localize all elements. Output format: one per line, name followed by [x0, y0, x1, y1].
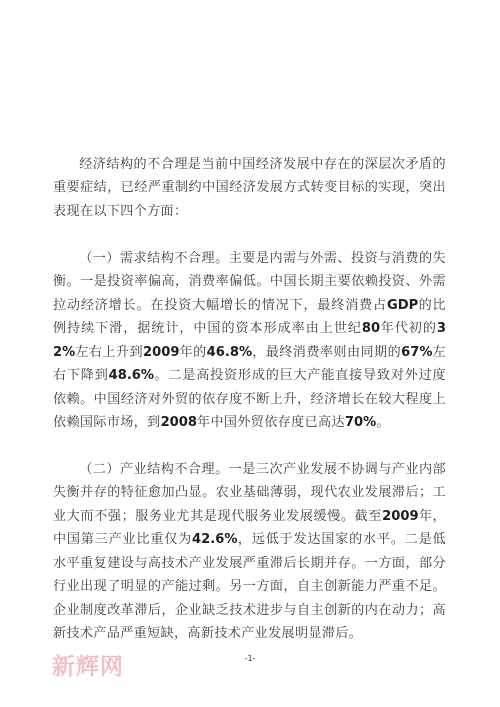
text-run: 。 [376, 415, 389, 430]
paragraph-spacer [53, 223, 446, 246]
paragraph-demand-structure: （一）需求结构不合理。主要是内需与外需、投资与消费的失衡。一是投资率偏高，消费率… [53, 247, 446, 435]
bold-figure: 42.6% [192, 532, 237, 547]
text-run: 年代初的 [380, 321, 437, 336]
text-run: 经济结构的不合理是当前中国经济发展中存在的深层次矛盾的重要症结，已经严重制约中国… [53, 157, 446, 219]
bold-figure: 2009 [143, 345, 179, 360]
page-number: -1- [238, 654, 262, 663]
text-run: ，最终消费率则由同期的 [252, 345, 401, 360]
bold-figure: 48.6% [109, 368, 154, 383]
text-run: ，远低于发达国家的水平。二是低水平重复建设与高技术产业发展严重滞后长期并存。一方… [53, 532, 446, 641]
text-run: 左右上升到 [75, 345, 143, 360]
document-page: 经济结构的不合理是当前中国经济发展中存在的深层次矛盾的重要症结，已经严重制约中国… [0, 0, 500, 707]
paragraph-industry-structure: （二）产业结构不合理。一是三次产业发展不协调与产业内部失衡并存的特征愈加凸显。农… [53, 458, 446, 646]
bold-figure: 2009 [382, 509, 418, 524]
bold-figure: 70% [345, 415, 376, 430]
document-body: 经济结构的不合理是当前中国经济发展中存在的深层次矛盾的重要症结，已经严重制约中国… [53, 153, 446, 645]
text-run: 年中国外贸依存度已高达 [197, 415, 345, 430]
watermark-logo: 新辉网 [52, 648, 124, 681]
paragraph-intro: 经济结构的不合理是当前中国经济发展中存在的深层次矛盾的重要症结，已经严重制约中国… [53, 153, 446, 223]
text-run: 年的 [179, 345, 206, 360]
bold-figure: 46.8% [207, 345, 252, 360]
bold-figure: 67% [401, 345, 432, 360]
bold-figure: 2008 [161, 415, 197, 430]
paragraph-spacer [53, 434, 446, 457]
bold-figure: GDP [387, 298, 418, 313]
bold-figure: 80 [362, 321, 380, 336]
